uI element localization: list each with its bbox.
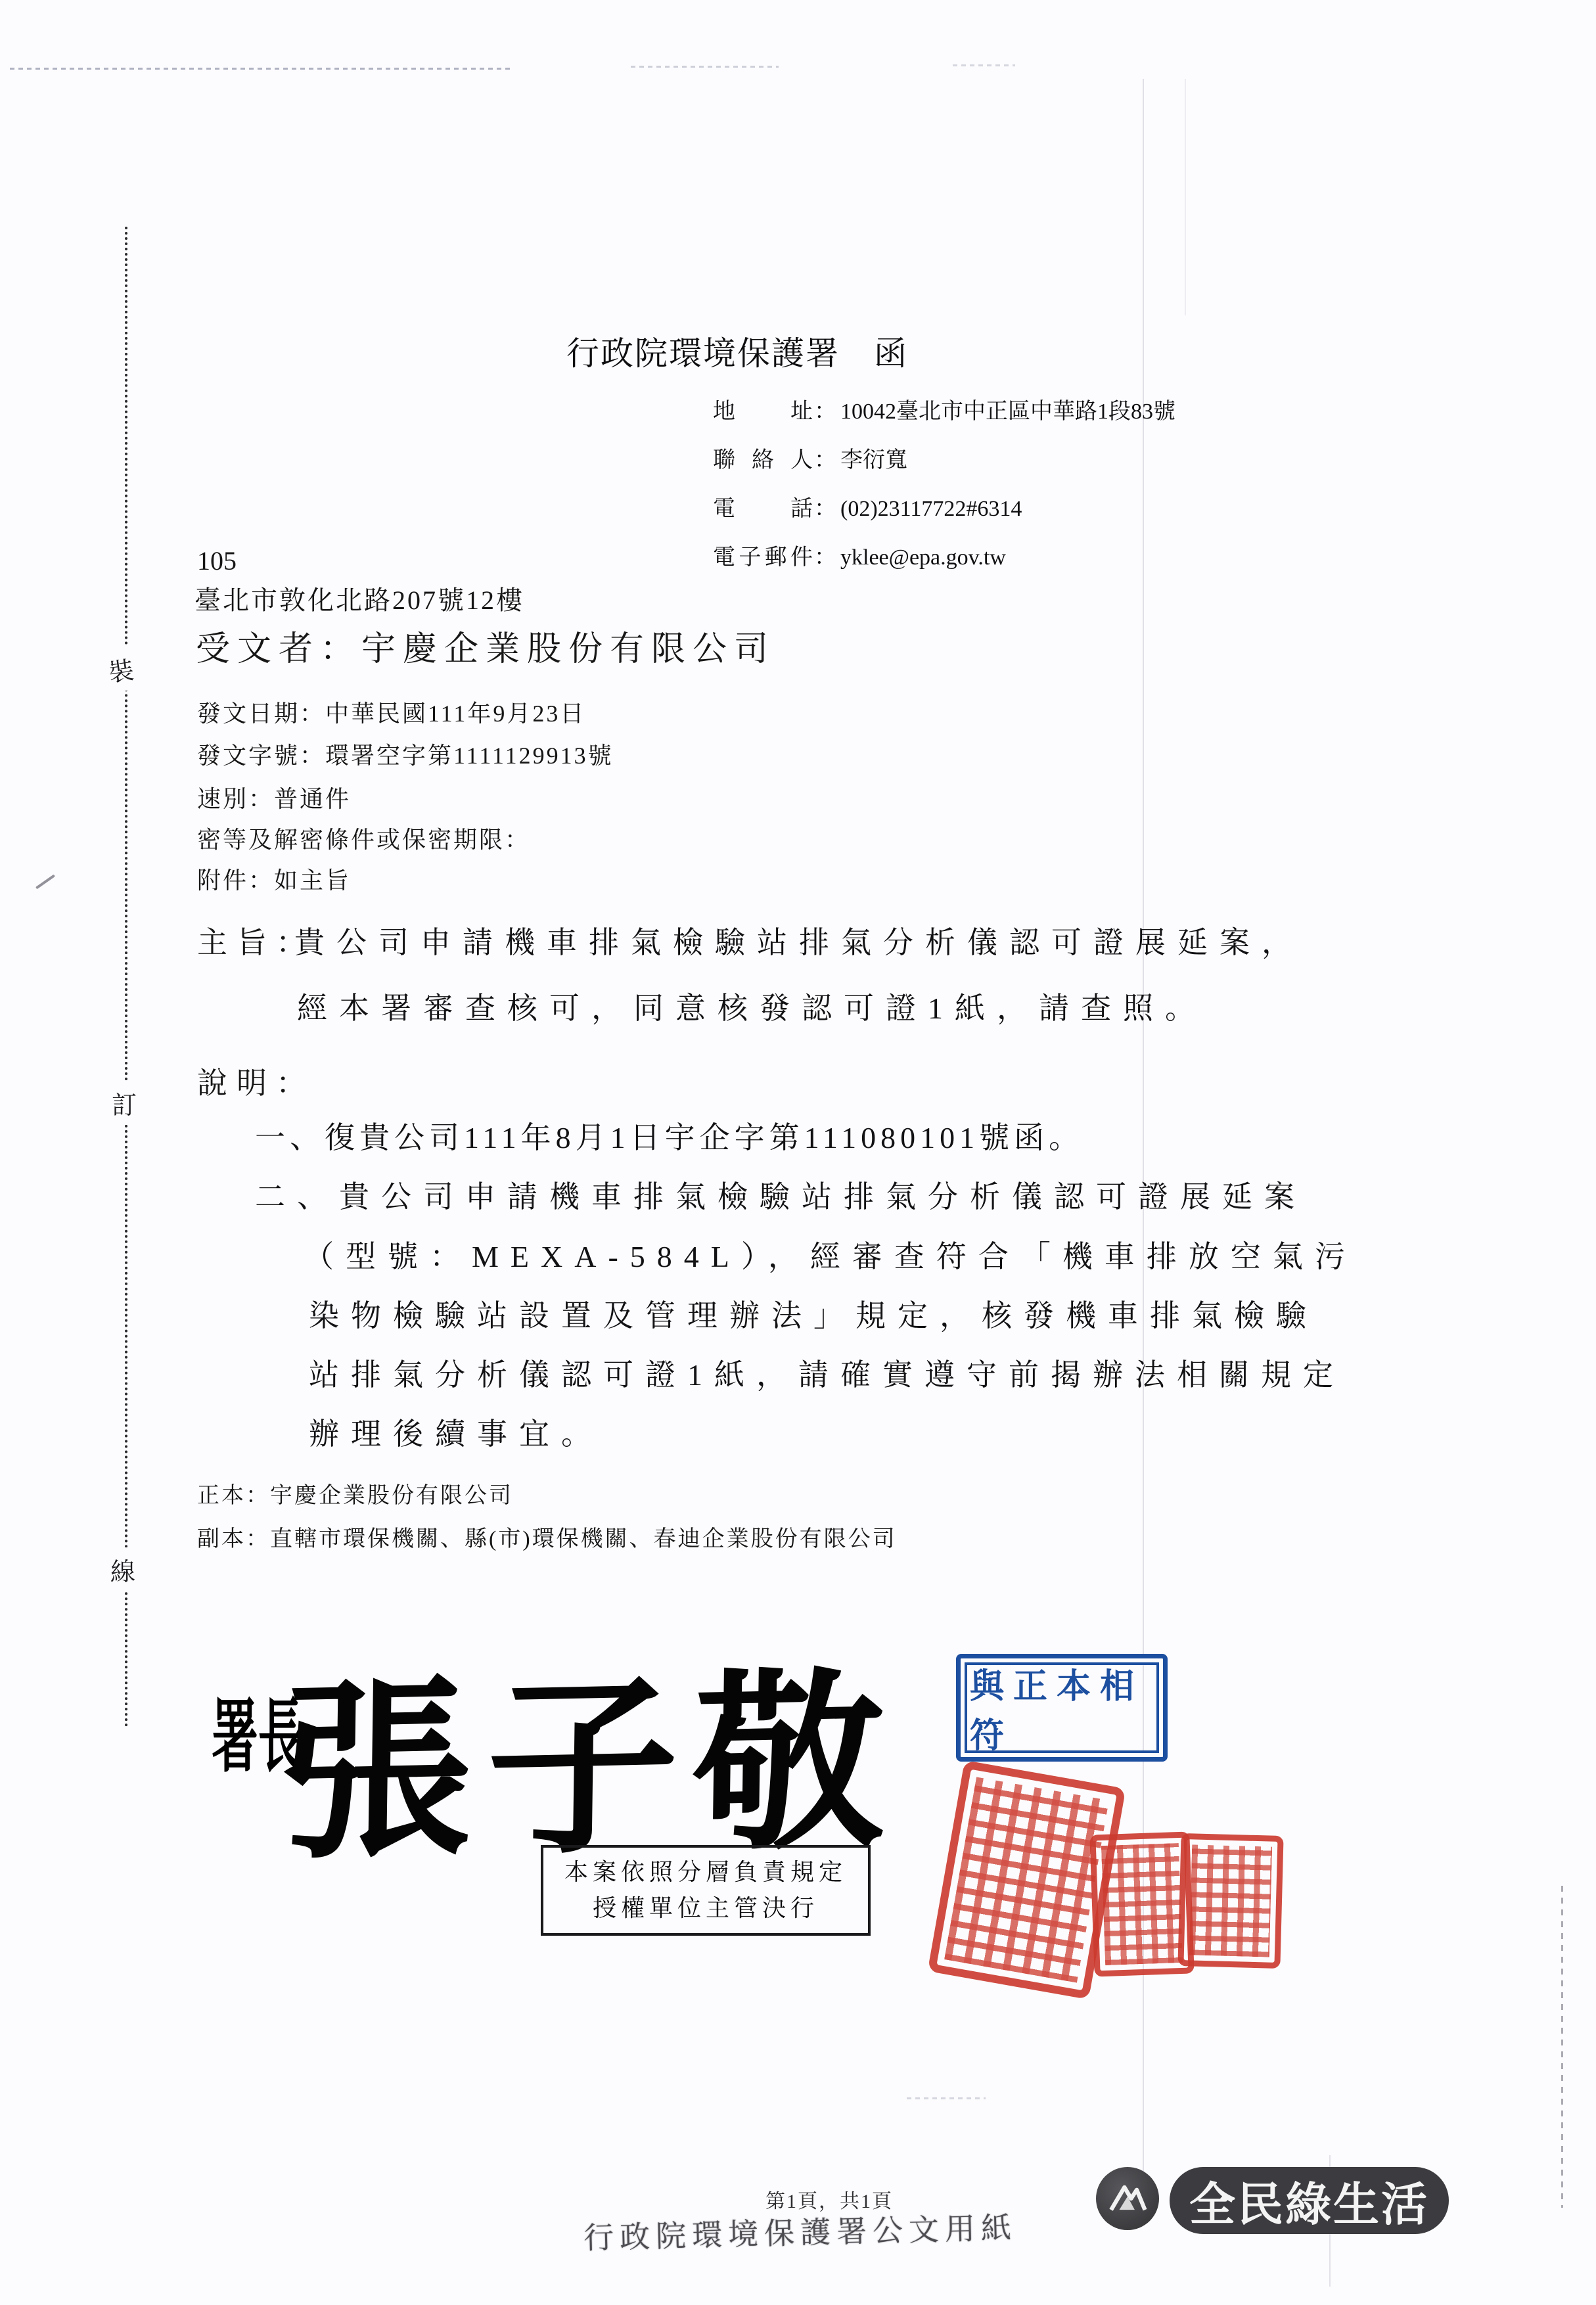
sender-address-row: 地址：10042臺北市中正區中華路1段83號 [713, 393, 1175, 425]
meta-security: 密等及解密條件或保密期限： [197, 821, 530, 855]
scan-artifact-vertical-line-2 [1185, 79, 1186, 315]
sender-phone-label: 電話 [713, 490, 813, 522]
sender-info-block: 地址：10042臺北市中正區中華路1段83號 聯絡人：李衍寬 電話：(02)23… [713, 393, 1175, 571]
meta-attachment: 附件：如主旨 [197, 862, 351, 896]
certification-stamp-text: 與正本相符 [961, 1658, 1163, 1757]
scan-artifact-vertical-dash [1561, 1886, 1563, 2208]
footer-paper-name: 行政院環境保護署公文用紙 [583, 2204, 1017, 2258]
sender-email-row: 電子郵件：yklee@epa.gov.tw [713, 539, 1175, 571]
sender-address-label: 地址 [713, 393, 813, 425]
scan-artifact-smudge [907, 2097, 986, 2099]
explanation-item-1: 一、復貴公司111年8月1日宇企字第111080101號函。 [255, 1114, 1083, 1157]
meta-issue-date: 發文日期：中華民國111年9月23日 [197, 695, 585, 729]
explanation-item-2-line-2: （型號：MEXA-584L），經審查符合「機車排放空氣污 [304, 1233, 1357, 1276]
colon: ： [814, 539, 836, 571]
copy-cc-line: 副本：直轄市環保機關、縣(市)環保機關、春迪企業股份有限公司 [197, 1520, 897, 1553]
scan-artifact-dash-top-left [10, 68, 513, 70]
meta-priority: 速別：普通件 [197, 781, 351, 814]
delegation-note-box: 本案依照分層負責規定 授權單位主管決行 [541, 1845, 871, 1936]
recipient-postal-code: 105 [197, 545, 237, 576]
sender-contact-row: 聯絡人：李衍寬 [713, 442, 1175, 474]
delegation-note-line-1: 本案依照分層負責規定 [555, 1854, 856, 1890]
colon: ： [814, 393, 836, 425]
certification-stamp: 與正本相符 [956, 1654, 1168, 1762]
green-life-badge: 全民綠生活 [1170, 2167, 1449, 2234]
subject-line-2: 經本署審查核可，同意核發認可證1紙，請查照。 [297, 984, 1207, 1028]
explanation-label: 說明： [197, 1059, 315, 1103]
pen-mark [35, 875, 55, 890]
epa-mountain-logo-icon [1096, 2167, 1159, 2230]
explanation-item-2-line-1: 二、貴公司申請機車排氣檢驗站排氣分析儀認可證展延案 [255, 1173, 1306, 1216]
name-seal-small [1177, 1833, 1283, 1969]
sender-email-value: yklee@epa.gov.tw [840, 545, 1006, 570]
scan-artifact-dash-top-mid [631, 66, 779, 68]
sender-contact-label: 聯絡人 [713, 442, 813, 474]
sender-phone-row: 電話：(02)23117722#6314 [713, 490, 1175, 522]
explanation-item-2-line-5: 辦理後續事宜。 [309, 1410, 603, 1453]
sender-contact-value: 李衍寬 [840, 448, 907, 472]
explanation-item-2-line-3: 染物檢驗站設置及管理辦法」規定，核發機車排氣檢驗 [309, 1292, 1318, 1335]
binding-dotted-line [125, 227, 127, 1728]
colon: ： [814, 442, 836, 474]
colon: ： [814, 490, 836, 522]
scan-artifact-dash-top-right [953, 64, 1015, 66]
copy-original-line: 正本：宇慶企業股份有限公司 [197, 1477, 513, 1509]
binding-mark-zhuang: 裝 [106, 646, 137, 693]
sender-email-label: 電子郵件 [713, 539, 813, 571]
green-life-badge-text: 全民綠生活 [1189, 2168, 1429, 2234]
sender-address-value: 10042臺北市中正區中華路1段83號 [840, 399, 1175, 424]
binding-mark-xian: 線 [110, 1547, 135, 1591]
recipient-line: 受文者：宇慶企業股份有限公司 [196, 621, 775, 670]
sender-phone-value: (02)23117722#6314 [840, 497, 1022, 521]
recipient-address: 臺北市敦化北路207號12樓 [194, 580, 524, 617]
meta-ref-number: 發文字號：環署空字第1111129913號 [197, 737, 614, 771]
mountain-icon [1102, 2173, 1153, 2224]
agency-title: 行政院環境保護署 函 [566, 327, 908, 375]
explanation-item-2-line-4: 站排氣分析儀認可證1紙，請確實遵守前揭辦法相關規定 [309, 1351, 1345, 1394]
subject-line-1: 貴公司申請機車排氣檢驗站排氣分析儀認可證展延案， [294, 919, 1304, 962]
delegation-note-line-2: 授權單位主管決行 [555, 1890, 856, 1927]
binding-mark-ding: 訂 [112, 1081, 137, 1125]
